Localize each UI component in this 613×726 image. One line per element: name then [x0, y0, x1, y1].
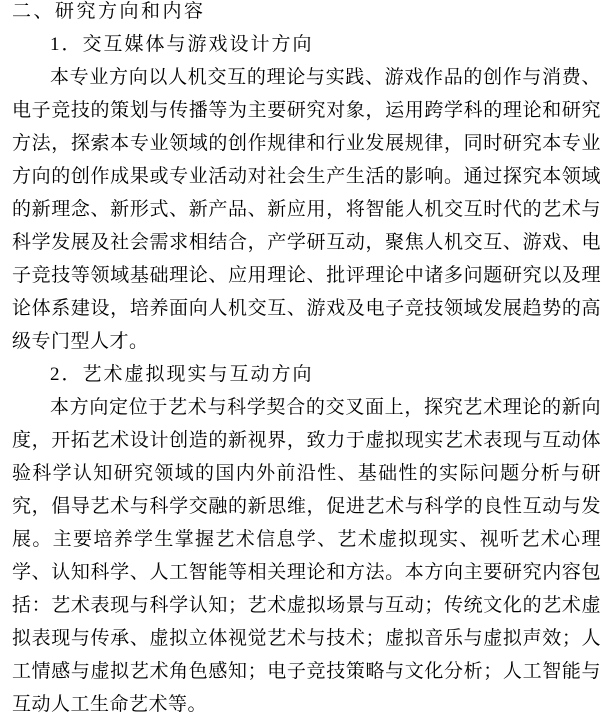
subsection-2-heading: 2．艺术虚拟现实与互动方向	[12, 358, 601, 391]
subsection-1-heading: 1．交互媒体与游戏设计方向	[12, 28, 601, 61]
subsection-2-body: 本方向定位于艺术与科学契合的交叉面上，探究艺术理论的新向度，开拓艺术设计创造的新…	[12, 391, 601, 721]
document-page: 二、研究方向和内容 1．交互媒体与游戏设计方向 本专业方向以人机交互的理论与实践…	[0, 0, 613, 726]
subsection-1-body: 本专业方向以人机交互的理论与实践、游戏作品的创作与消费、电子竞技的策划与传播等为…	[12, 61, 601, 358]
section-title: 二、研究方向和内容	[12, 0, 601, 28]
